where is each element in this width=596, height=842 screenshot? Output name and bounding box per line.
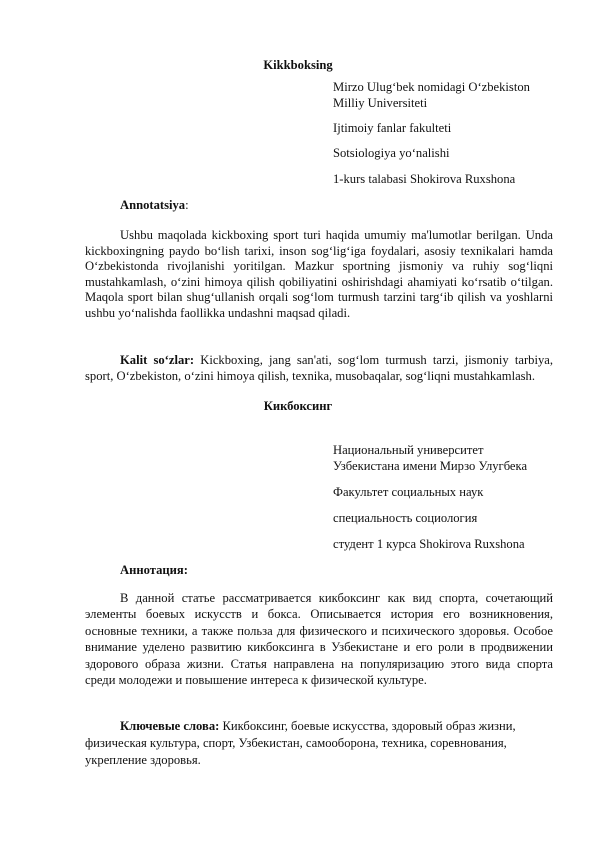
uz-abstract-heading: Annotatsiya: — [120, 198, 189, 214]
ru-abstract-text: В данной статье рассматривается кикбокси… — [85, 590, 553, 688]
uz-affiliation-author: 1-kurs talabasi Shokirova Ruxshona — [333, 172, 573, 188]
ru-affiliation-faculty: Факультет социальных наук — [333, 485, 573, 501]
ru-keywords: Ключевые слова: Кикбоксинг, боевые искус… — [85, 718, 530, 769]
ru-affiliation-university-line1: Национальный университет — [333, 443, 573, 459]
uz-keywords: Kalit so‘zlar: Kickboxing, jang san'ati,… — [85, 353, 553, 384]
uz-abstract-text: Ushbu maqolada kickboxing sport turi haq… — [85, 228, 553, 322]
document-page: Kikkboksing Mirzo Ulug‘bek nomidagi O‘zb… — [0, 0, 596, 842]
uz-affiliation-university-line1: Mirzo Ulug‘bek nomidagi O‘zbekiston — [333, 80, 573, 96]
ru-keywords-label: Ключевые слова: — [120, 719, 219, 733]
uz-title: Kikkboksing — [0, 58, 596, 74]
ru-title: Кикбоксинг — [0, 399, 596, 415]
uz-keywords-label: Kalit so‘zlar: — [120, 353, 194, 367]
ru-affiliation-specialty: специальность социология — [333, 511, 573, 527]
ru-affiliation-university-line2: Узбекистана имени Мирзо Улугбека — [333, 459, 573, 475]
uz-affiliation-university-line2: Milliy Universiteti — [333, 96, 573, 112]
uz-affiliation-specialty: Sotsiologiya yo‘nalishi — [333, 146, 573, 162]
ru-abstract-heading: Аннотация: — [120, 563, 188, 579]
uz-affiliation-faculty: Ijtimoiy fanlar fakulteti — [333, 121, 573, 137]
ru-affiliation-author: студент 1 курса Shokirova Ruxshona — [333, 537, 573, 553]
